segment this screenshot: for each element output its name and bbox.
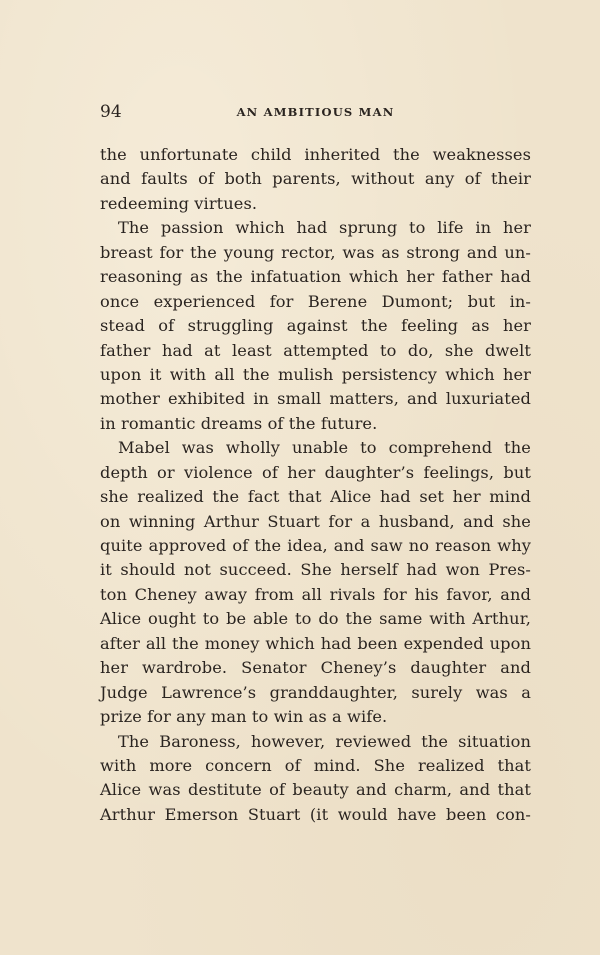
text-line: stead of struggling against the feeling … <box>100 314 531 338</box>
book-page: 94 AN AMBITIOUS MAN the unfortunate chil… <box>0 0 600 955</box>
text-line: it should not succeed. She herself had w… <box>100 558 531 582</box>
text-line: ton Cheney away from all rivals for his … <box>100 583 531 607</box>
text-line: mother exhibited in small matters, and l… <box>100 387 531 411</box>
text-line: Arthur Emerson Stuart (it would have bee… <box>100 803 531 827</box>
text-line: once experienced for Berene Dumont; but … <box>100 290 531 314</box>
text-line: The Baroness, however, reviewed the situ… <box>100 730 531 754</box>
text-line: she realized the fact that Alice had set… <box>100 485 531 509</box>
text-line: quite approved of the idea, and saw no r… <box>100 534 531 558</box>
text-line: Alice was destitute of beauty and charm,… <box>100 778 531 802</box>
text-line: The passion which had sprung to life in … <box>100 216 531 240</box>
text-line: with more concern of mind. She realized … <box>100 754 531 778</box>
text-line: Alice ought to be able to do the same wi… <box>100 607 531 631</box>
text-line: and faults of both parents, without any … <box>100 167 531 191</box>
running-head: 94 AN AMBITIOUS MAN <box>100 101 531 123</box>
text-line: her wardrobe. Senator Cheney’s daughter … <box>100 656 531 680</box>
text-line: on winning Arthur Stuart for a husband, … <box>100 510 531 534</box>
text-line: prize for any man to win as a wife. <box>100 705 531 729</box>
running-title: AN AMBITIOUS MAN <box>100 103 531 121</box>
text-line: reasoning as the infatuation which her f… <box>100 265 531 289</box>
text-line: the unfortunate child inherited the weak… <box>100 143 531 167</box>
text-line: redeeming virtues. <box>100 192 531 216</box>
text-line: father had at least attempted to do, she… <box>100 339 531 363</box>
body-text: the unfortunate child inherited the weak… <box>100 143 531 827</box>
text-line: depth or violence of her daughter’s feel… <box>100 461 531 485</box>
text-line: in romantic dreams of the future. <box>100 412 531 436</box>
text-line: breast for the young rector, was as stro… <box>100 241 531 265</box>
text-line: upon it with all the mulish persistency … <box>100 363 531 387</box>
text-line: Judge Lawrence’s granddaughter, surely w… <box>100 681 531 705</box>
text-line: Mabel was wholly unable to comprehend th… <box>100 436 531 460</box>
text-line: after all the money which had been expen… <box>100 632 531 656</box>
